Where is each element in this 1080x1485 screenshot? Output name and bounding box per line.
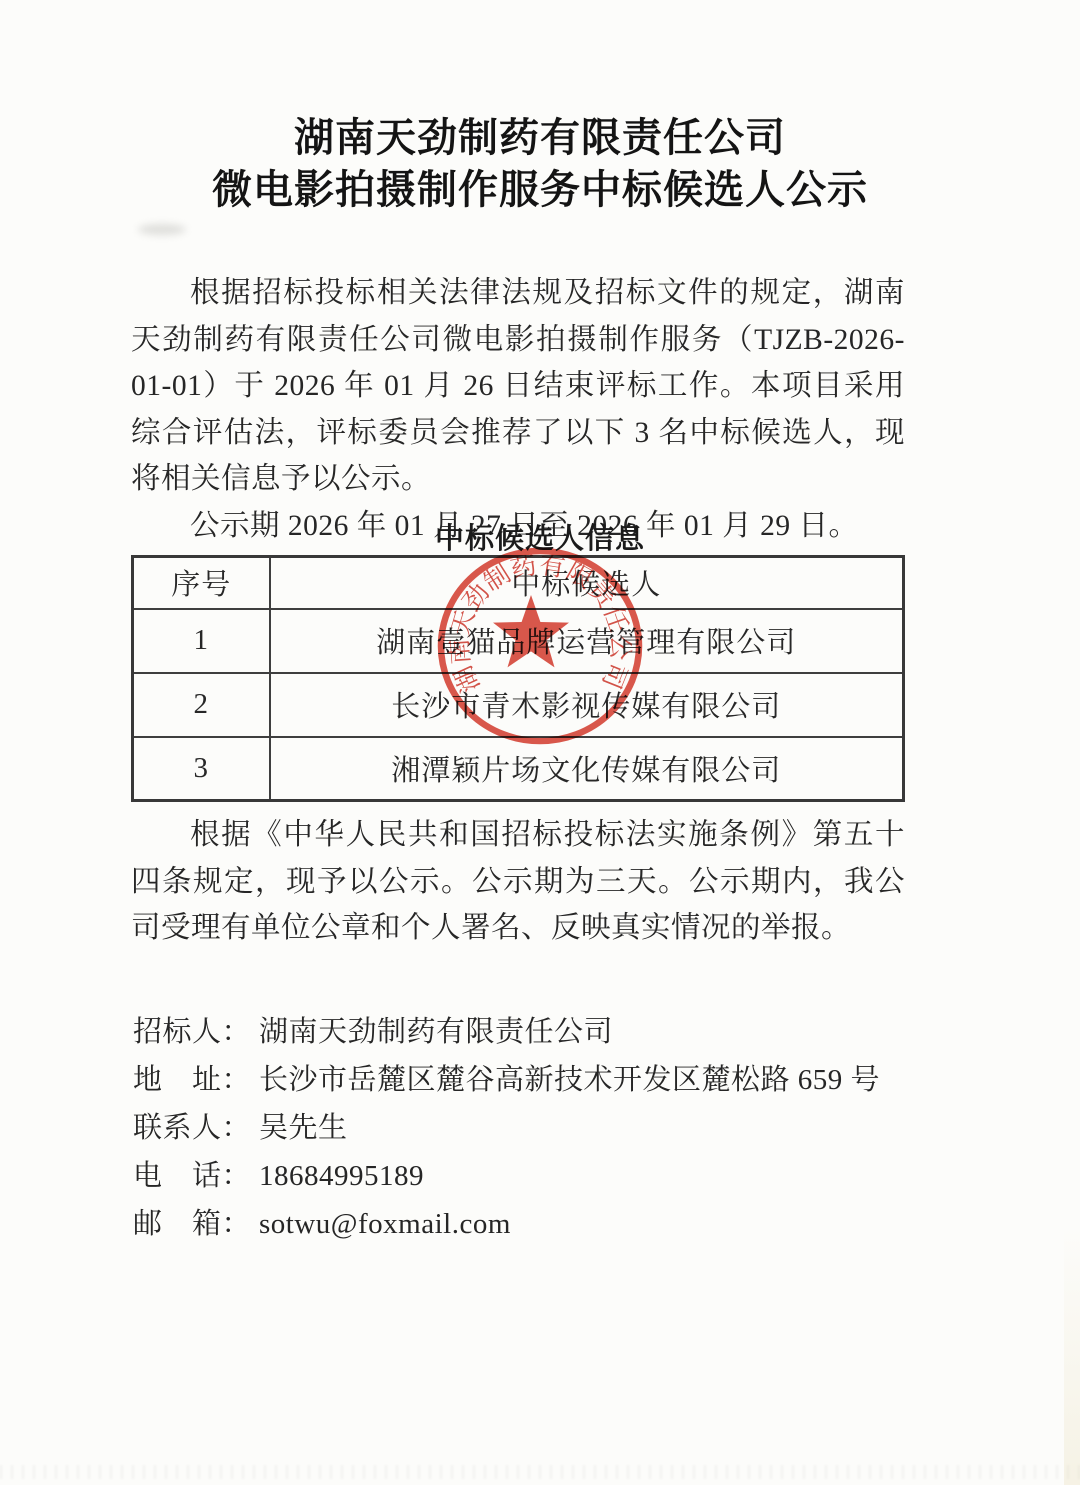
contact-label: 招标人： [133,1008,251,1056]
contact-label: 地 址： [133,1056,251,1104]
table-header-row: 序号 中标候选人 [133,557,904,609]
contact-label: 联系人： [133,1104,251,1152]
contact-value: 长沙市岳麓区麓谷高新技术开发区麓松路 659 号 [259,1064,880,1096]
candidate-name: 湖南壹猫品牌运营管理有限公司 [270,609,904,673]
scan-tint [1064,1225,1080,1485]
candidate-name: 湘潭颖片场文化传媒有限公司 [270,737,904,801]
document-title-line2: 微电影拍摄制作服务中标候选人公示 [0,164,1080,216]
contact-block: 招标人：湖南天劲制药有限责任公司 地 址：长沙市岳麓区麓谷高新技术开发区麓松路 … [133,1008,913,1248]
scan-noise [0,1465,1080,1479]
contact-label: 邮 箱： [133,1200,251,1248]
contact-value: 湖南天劲制药有限责任公司 [259,1016,613,1048]
contact-row-tenderee: 招标人：湖南天劲制药有限责任公司 [133,1008,913,1056]
candidates-table: 序号 中标候选人 1 湖南壹猫品牌运营管理有限公司 2 长沙市青木影视传媒有限公… [131,555,905,802]
contact-label: 电 话： [133,1152,251,1200]
table-row: 3 湘潭颖片场文化传媒有限公司 [133,737,904,801]
intro-paragraphs: 根据招标投标相关法律法规及招标文件的规定，湖南天劲制药有限责任公司微电影拍摄制作… [131,270,905,549]
row-index: 3 [133,737,270,801]
column-header-candidate: 中标候选人 [270,557,904,609]
candidate-name: 长沙市青木影视传媒有限公司 [270,673,904,737]
row-index: 2 [133,673,270,737]
document-page: 湖南天劲制药有限责任公司 微电影拍摄制作服务中标候选人公示 根据招标投标相关法律… [0,0,1080,1485]
document-title: 湖南天劲制药有限责任公司 微电影拍摄制作服务中标候选人公示 [0,112,1080,216]
paragraph-closing: 根据《中华人民共和国招标投标法实施条例》第五十四条规定，现予以公示。公示期为三天… [131,812,905,952]
contact-row-person: 联系人：吴先生 [133,1104,913,1152]
table-row: 2 长沙市青木影视传媒有限公司 [133,673,904,737]
contact-value: 18684995189 [259,1160,424,1192]
closing-paragraph-block: 根据《中华人民共和国招标投标法实施条例》第五十四条规定，现予以公示。公示期为三天… [131,812,905,952]
contact-value: sotwu@foxmail.com [259,1208,511,1240]
table-row: 1 湖南壹猫品牌运营管理有限公司 [133,609,904,673]
contact-row-phone: 电 话：18684995189 [133,1152,913,1200]
document-title-line1: 湖南天劲制药有限责任公司 [0,112,1080,164]
contact-value: 吴先生 [259,1112,348,1144]
scan-smudge [138,224,186,235]
contact-row-address: 地 址：长沙市岳麓区麓谷高新技术开发区麓松路 659 号 [133,1056,913,1104]
paragraph-intro: 根据招标投标相关法律法规及招标文件的规定，湖南天劲制药有限责任公司微电影拍摄制作… [131,270,905,503]
column-header-index: 序号 [133,557,270,609]
contact-row-email: 邮 箱：sotwu@foxmail.com [133,1200,913,1248]
table-heading: 中标候选人信息 [0,522,1080,556]
row-index: 1 [133,609,270,673]
